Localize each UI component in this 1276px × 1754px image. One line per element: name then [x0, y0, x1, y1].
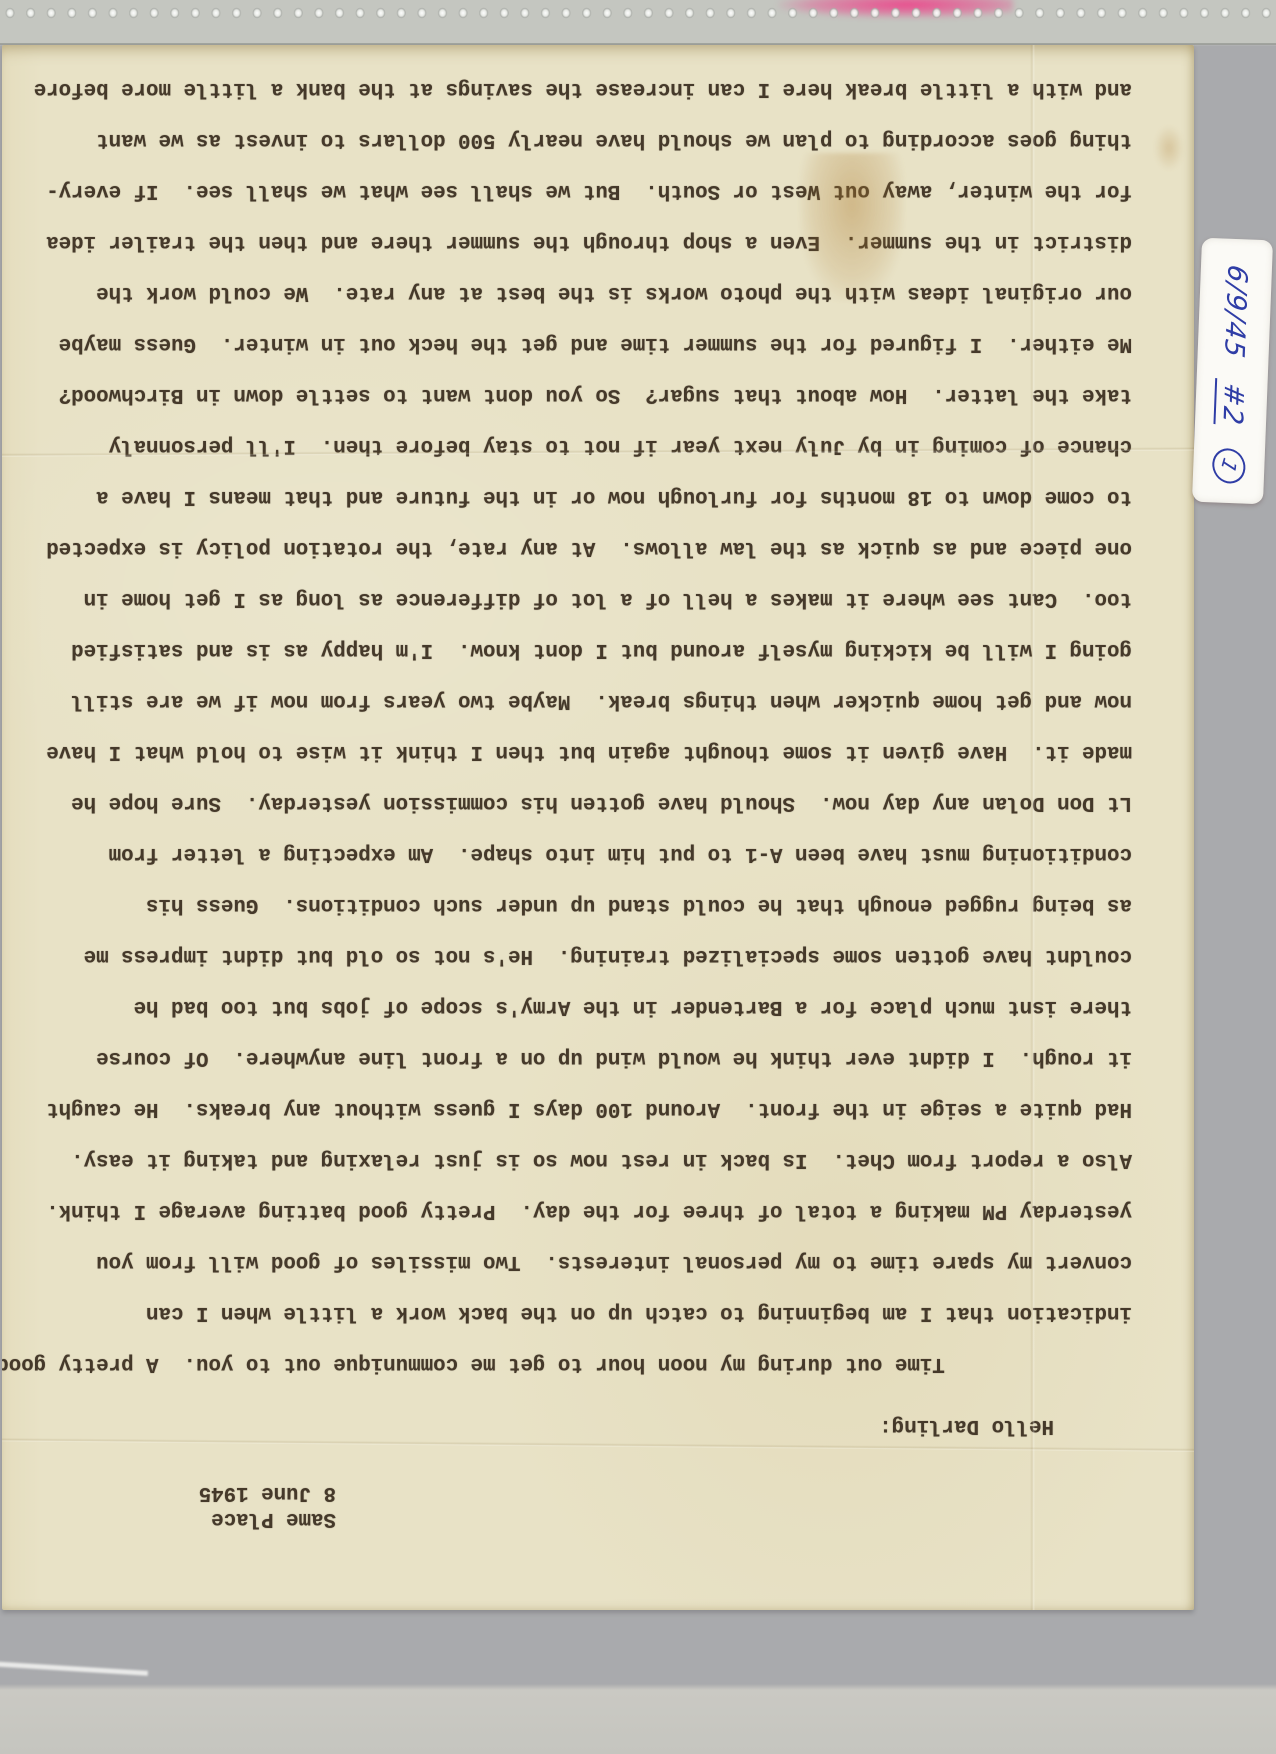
paper-stain-small: [1154, 125, 1184, 171]
letter-line: now and get home quicker when things bre…: [2, 675, 1132, 726]
letter-line: for the winter, away out West or South. …: [2, 165, 1132, 216]
letter-line: to come down to 18 months for furlough n…: [2, 471, 1132, 522]
letter-salutation: Hello Darling:: [879, 1412, 1054, 1438]
letter-line: Me either. I figured for the summer time…: [2, 318, 1132, 369]
letter-line: chance of coming in by July next year if…: [2, 420, 1132, 471]
letter-line: one piece and as quick as the law allows…: [2, 522, 1132, 573]
letter-line: Lt Don Dolan any day now. Should have go…: [2, 777, 1132, 828]
letter-line: going I will be kicking myself around bu…: [2, 624, 1132, 675]
label-page-circled: 1: [1208, 443, 1249, 489]
letter-line: conditioning must have been A-1 to put h…: [2, 828, 1132, 879]
letter-line: too. Cant see where it makes a hell of a…: [2, 573, 1132, 624]
letter-line: take the latter. How about that sugar? S…: [2, 369, 1132, 420]
binding-bumps-row: [0, 2, 1276, 23]
letter-line: yesterday PM making a total of three for…: [2, 1185, 1132, 1236]
letter-line: indication that I am beginning to catch …: [2, 1287, 1132, 1338]
letter-line: our original ideas with the photo works …: [2, 267, 1132, 318]
letter-line: and with a little break here I can incre…: [2, 63, 1132, 114]
letter-line: convert my spare time to my personal int…: [2, 1236, 1132, 1287]
paper-crease-vertical: [1030, 45, 1035, 1610]
letter-line: as being rugged enough that he could sta…: [2, 879, 1132, 930]
label-date: 6/9/45: [1218, 262, 1252, 360]
letter-content-upside-down: Same Place 8 June 1945 Hello Darling: Ti…: [2, 45, 1194, 1610]
label-number: #2: [1213, 377, 1249, 429]
paper-stain: [800, 153, 904, 301]
letter-line: Had quite a seige in the front. Around 1…: [2, 1083, 1132, 1134]
letter-date: 8 June 1945: [199, 1479, 336, 1505]
letter-paper: Same Place 8 June 1945 Hello Darling: Ti…: [2, 45, 1194, 1610]
letter-line: Time out during my noon hour to get me c…: [2, 1338, 1132, 1389]
album-binding-edge: [0, 0, 1276, 45]
archive-label-text: 6/9/45 #2 1: [1192, 238, 1273, 505]
letter-line: couldnt have gotten some specialized tra…: [2, 930, 1132, 981]
letter-line: it rough. I didnt ever think he would wi…: [2, 1032, 1132, 1083]
letter-line: made it. Have given it some thought agai…: [2, 726, 1132, 777]
archive-label-sticker: 6/9/45 #2 1: [1192, 238, 1273, 505]
scanned-letter-page: Same Place 8 June 1945 Hello Darling: Ti…: [0, 0, 1276, 1754]
letter-line: Also a report from Chet. Is back in rest…: [2, 1134, 1132, 1185]
letter-body: Time out during my noon hour to get me c…: [2, 63, 1132, 1389]
letter-line: thing goes according to plan we should h…: [2, 114, 1132, 165]
letter-place: Same Place: [199, 1505, 336, 1531]
letter-line: district in the summer. Even a shop thro…: [2, 216, 1132, 267]
sleeve-highlight-streak: [0, 1661, 148, 1676]
letter-heading: Same Place 8 June 1945: [199, 1479, 336, 1531]
letter-line: there isnt much place for a Bartender in…: [2, 981, 1132, 1032]
